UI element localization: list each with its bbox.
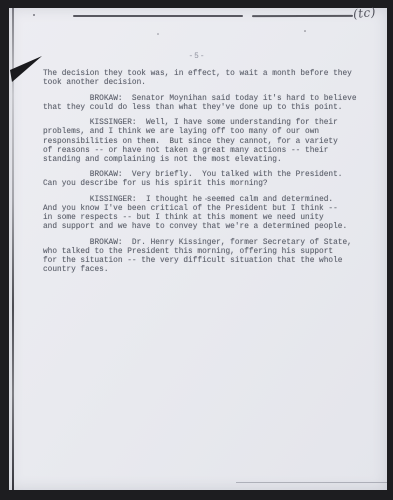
scan-speck — [33, 14, 35, 16]
scan-artifact-line — [252, 15, 353, 17]
page-number: -5- — [177, 53, 217, 61]
scan-speck — [304, 30, 306, 32]
scan-speck — [157, 33, 159, 35]
handwritten-annotation: (tc) — [352, 5, 376, 21]
transcript-paragraph: BROKAW: Dr. Henry Kissinger, former Secr… — [43, 239, 379, 275]
transcript-paragraph: KISSINGER: Well, I have some understandi… — [43, 119, 379, 164]
transcript-paragraph: BROKAW: Very briefly. You talked with th… — [43, 171, 379, 189]
scanned-page: (tc) -5- The decision they took was, in … — [9, 8, 387, 490]
scanned-document-view: (tc) -5- The decision they took was, in … — [0, 0, 393, 500]
transcript-paragraph: BROKAW: Senator Moynihan said today it's… — [43, 95, 379, 113]
transcript-paragraph: The decision they took was, in effect, t… — [43, 70, 379, 88]
scan-artifact-line — [73, 15, 243, 17]
transcript-paragraph: KISSINGER: I thought he seemed calm and … — [43, 196, 379, 232]
transcript: The decision they took was, in effect, t… — [43, 70, 379, 282]
scan-speck — [205, 198, 207, 200]
underlying-page-edge — [236, 482, 387, 483]
